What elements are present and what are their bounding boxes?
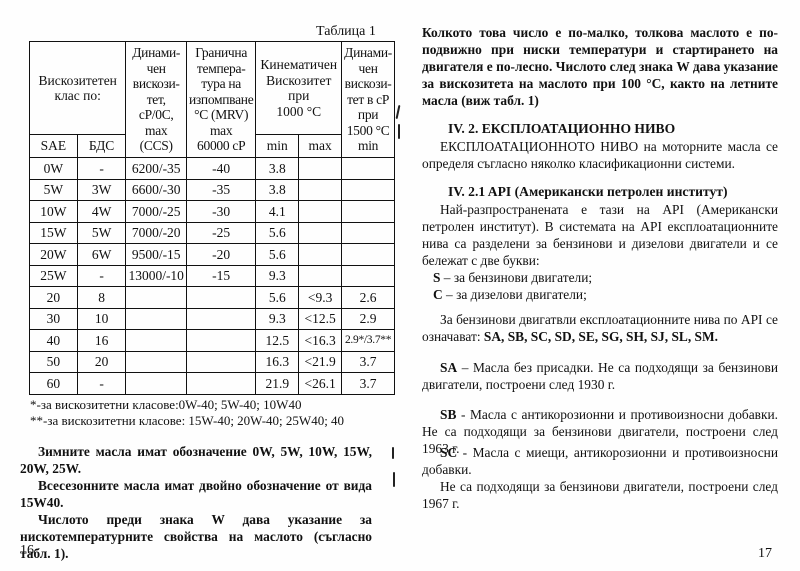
sc-note: Не са подходящи за бензинови двигатели, …	[422, 478, 778, 512]
table-cell-bds: -	[77, 265, 126, 287]
table-cell-bds: 10	[77, 308, 126, 330]
margin-mark	[393, 472, 395, 487]
definition-sa: SA – Масла без присадки. Не са подходящи…	[422, 359, 778, 393]
header-dyn-visc-1500: Динами-ченвискози-тет в cPпри1500 °Cmin	[342, 42, 395, 158]
table-cell-hths	[342, 222, 395, 244]
letter-c-text: – за дизелови двигатели;	[443, 287, 587, 302]
table-cell-ccs: 7000/-20	[126, 222, 187, 244]
table-cell-kin-max	[299, 222, 342, 244]
page-number-right: 17	[758, 546, 772, 562]
definition-sc-text: - Масла с миещи, антикорозионни и против…	[422, 445, 778, 477]
table-cell-kin-max: <21.9	[299, 351, 342, 373]
table-cell-ccs	[126, 330, 187, 352]
definition-sa-code: SA	[440, 360, 457, 375]
table-cell-kin-min: 5.6	[256, 287, 299, 309]
table-cell-sae: 5W	[30, 179, 78, 201]
table-cell-mrv	[186, 287, 255, 309]
table-cell-kin-min: 5.6	[256, 222, 299, 244]
table-cell-bds: 20	[77, 351, 126, 373]
table-cell-bds: -	[77, 158, 126, 180]
table-cell-kin-max	[299, 179, 342, 201]
page-number-left: 16	[20, 543, 34, 559]
table-row: 60-21.9<26.13.7	[30, 373, 395, 395]
footnote-1: *-за вискозитетни класове:0W-40; 5W-40; …	[30, 397, 301, 413]
table-cell-kin-min: 9.3	[256, 308, 299, 330]
header-dyn-visc: Динами-ченвискози-тет,cP/0C,max(CCS)	[126, 42, 187, 158]
table-cell-kin-min: 12.5	[256, 330, 299, 352]
table-cell-bds: 4W	[77, 201, 126, 223]
table-cell-mrv: -25	[186, 222, 255, 244]
paragraph-winter-oils: Зимните масла имат обозначение 0W, 5W, 1…	[20, 443, 372, 477]
header-class-group: Вискозитетен клас по:	[30, 42, 126, 135]
table-cell-mrv: -15	[186, 265, 255, 287]
definition-sc: SC - Масла с миещи, антикорозионни и про…	[422, 444, 778, 478]
table-cell-hths	[342, 158, 395, 180]
table-cell-mrv	[186, 308, 255, 330]
definition-sc-code: SC	[440, 445, 457, 460]
left-page: Таблица 1 Вискозитетен клас по: Динами-ч…	[0, 0, 395, 571]
table-cell-mrv: -40	[186, 158, 255, 180]
table-cell-kin-min: 3.8	[256, 158, 299, 180]
table-cell-mrv	[186, 373, 255, 395]
table-row: 15W5W7000/-20-255.6	[30, 222, 395, 244]
table-cell-ccs: 9500/-15	[126, 244, 187, 266]
header-sae: SAE	[30, 135, 78, 158]
table-cell-sae: 50	[30, 351, 78, 373]
margin-mark	[392, 447, 394, 459]
table-cell-kin-max	[299, 265, 342, 287]
table-cell-kin-min: 3.8	[256, 179, 299, 201]
table-cell-bds: 8	[77, 287, 126, 309]
table-cell-sae: 30	[30, 308, 78, 330]
table-cell-kin-max: <9.3	[299, 287, 342, 309]
table-cell-hths: 2.6	[342, 287, 395, 309]
table-cell-mrv: -35	[186, 179, 255, 201]
viscosity-table: Вискозитетен клас по: Динами-ченвискози-…	[29, 41, 395, 395]
table-cell-bds: 5W	[77, 222, 126, 244]
paragraph-intro: Колкото това число е по-малко, толкова м…	[422, 24, 778, 109]
section-text: ЕКСПЛОАТАЦИОННОТО НИВО на моторните масл…	[422, 138, 778, 172]
header-kin-visc: КинематиченВискозитет при1000 °C	[256, 42, 342, 135]
table-cell-ccs	[126, 373, 187, 395]
table-cell-kin-max: <12.5	[299, 308, 342, 330]
table-cell-hths: 2.9*/3.7**	[342, 330, 395, 352]
table-cell-hths	[342, 265, 395, 287]
table-row: 30109.3<12.52.9	[30, 308, 395, 330]
letter-s-text: – за бензинови двигатели;	[440, 270, 592, 285]
table-row: 401612.5<16.32.9*/3.7**	[30, 330, 395, 352]
letter-s: S – за бензинови двигатели;	[433, 269, 773, 286]
table-cell-mrv	[186, 351, 255, 373]
paragraph-number-before-w: Числото преди знака W дава указание за н…	[20, 511, 372, 562]
table-cell-kin-min: 9.3	[256, 265, 299, 287]
table-cell-sae: 40	[30, 330, 78, 352]
section-heading: IV. 2. ЕКСПЛОАТАЦИОННО НИВО	[448, 121, 675, 137]
table-cell-kin-max: <16.3	[299, 330, 342, 352]
table-cell-sae: 20W	[30, 244, 78, 266]
table-cell-kin-min: 4.1	[256, 201, 299, 223]
table-row: 502016.3<21.93.7	[30, 351, 395, 373]
table-cell-hths: 3.7	[342, 351, 395, 373]
header-kin-max: max	[299, 135, 342, 158]
table-cell-bds: 16	[77, 330, 126, 352]
table-cell-mrv	[186, 330, 255, 352]
definition-sa-text: – Масла без присадки. Не са подходящи за…	[422, 360, 778, 392]
table-cell-kin-min: 21.9	[256, 373, 299, 395]
table-cell-sae: 60	[30, 373, 78, 395]
table-cell-kin-max	[299, 201, 342, 223]
table-row: 2085.6<9.32.6	[30, 287, 395, 309]
table-cell-hths	[342, 244, 395, 266]
table-cell-kin-min: 5.6	[256, 244, 299, 266]
api-text: Най-разпространената е тази на API (Амер…	[422, 201, 778, 269]
table-row: 5W3W6600/-30-353.8	[30, 179, 395, 201]
definition-sb-code: SB	[440, 407, 456, 422]
table-cell-bds: 6W	[77, 244, 126, 266]
table-cell-bds: 3W	[77, 179, 126, 201]
right-page: Колкото това число е по-малко, толкова м…	[400, 0, 800, 571]
table-caption: Таблица 1	[316, 24, 376, 40]
table-cell-sae: 25W	[30, 265, 78, 287]
table-cell-hths: 2.9	[342, 308, 395, 330]
table-row: 25W-13000/-10-159.3	[30, 265, 395, 287]
table-row: 10W4W7000/-25-304.1	[30, 201, 395, 223]
paragraph-multigrade-oils: Всесезонните масла имат двойно обозначен…	[20, 477, 372, 511]
table-cell-sae: 10W	[30, 201, 78, 223]
table-cell-sae: 0W	[30, 158, 78, 180]
table-cell-hths	[342, 201, 395, 223]
table-cell-sae: 15W	[30, 222, 78, 244]
table-cell-sae: 20	[30, 287, 78, 309]
table-cell-hths: 3.7	[342, 373, 395, 395]
table-row: 0W-6200/-35-403.8	[30, 158, 395, 180]
table-cell-mrv: -20	[186, 244, 255, 266]
footnote-2: **-за вискозитетни класове: 15W-40; 20W-…	[30, 413, 344, 429]
table-cell-kin-max: <26.1	[299, 373, 342, 395]
table-cell-kin-max	[299, 158, 342, 180]
table-cell-ccs	[126, 351, 187, 373]
table-cell-kin-min: 16.3	[256, 351, 299, 373]
table-cell-ccs	[126, 308, 187, 330]
table-cell-bds: -	[77, 373, 126, 395]
table-cell-ccs: 6200/-35	[126, 158, 187, 180]
subsection-heading: IV. 2.1 API (Американски петролен инстит…	[448, 184, 727, 200]
gasoline-levels: За бензинови двигатвли експлоатационните…	[422, 311, 778, 345]
letter-c: C – за дизелови двигатели;	[433, 286, 773, 303]
letter-c-code: C	[433, 287, 443, 302]
header-kin-min: min	[256, 135, 299, 158]
table-row: 20W6W9500/-15-205.6	[30, 244, 395, 266]
table-cell-ccs: 13000/-10	[126, 265, 187, 287]
header-pump-temp: Граничнатемпера-тура наизпомпване°C (MRV…	[186, 42, 255, 158]
gasoline-levels-list: SA, SB, SC, SD, SE, SG, SH, SJ, SL, SM.	[484, 329, 718, 344]
table-cell-mrv: -30	[186, 201, 255, 223]
table-cell-kin-max	[299, 244, 342, 266]
table-cell-ccs	[126, 287, 187, 309]
table-cell-ccs: 7000/-25	[126, 201, 187, 223]
table-cell-ccs: 6600/-30	[126, 179, 187, 201]
header-bds: БДС	[77, 135, 126, 158]
table-body: 0W-6200/-35-403.85W3W6600/-30-353.810W4W…	[30, 158, 395, 395]
table-cell-hths	[342, 179, 395, 201]
